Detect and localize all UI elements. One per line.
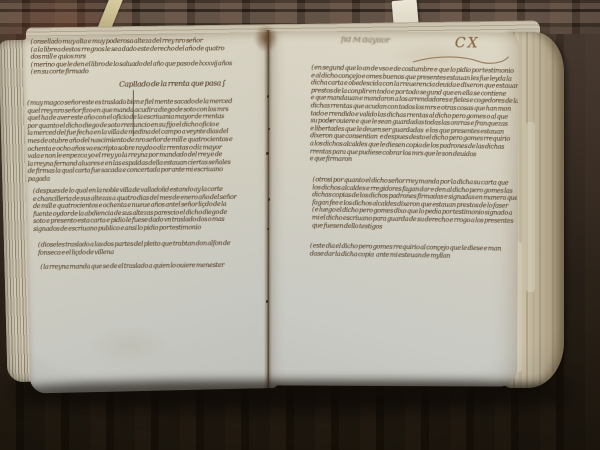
left-entry-1: ( onsellado muy alta e muy poderosa alte… <box>30 37 264 77</box>
left-entry-3: ( la rreyna manda que se de el traslado … <box>40 261 272 271</box>
wormhole-dot <box>267 228 269 230</box>
left-paragraph-2: ( despues de lo qual en la noble villa d… <box>33 185 271 233</box>
left-page: ( onsellado muy alta e muy poderosa alte… <box>22 32 278 394</box>
wormhole-dot <box>266 152 269 155</box>
right-page: fid M dayllor CX ( en segund que lo an d… <box>267 31 519 386</box>
left-paragraph-1: ( muy magco señor este es traslado bien … <box>27 98 269 184</box>
center-gutter <box>264 30 272 388</box>
manuscript-photo-scene: ( onsellado muy alta e muy poderosa alte… <box>0 0 600 450</box>
ink-speck <box>330 120 332 122</box>
gutter-top-stain <box>254 24 278 52</box>
wormhole-dot <box>266 300 268 303</box>
wormhole-dot <box>268 198 270 201</box>
folio-number: CX <box>455 35 480 51</box>
left-heading: Capllado de la rrenta que pasa ∫ <box>119 79 259 88</box>
wormhole-dot <box>268 128 270 130</box>
right-paragraph-1: ( en segund que lo an de vso e de costum… <box>310 64 519 166</box>
right-paragraph-2: ( otrosi por quanto el dicho señor rrey … <box>312 176 518 233</box>
fore-edge-page-step <box>526 122 535 292</box>
right-header-note: fid M dayllor <box>341 37 461 47</box>
right-entry-1: ( este dia el dicho pero gomes rrequirio… <box>310 242 516 260</box>
folio-underline-flourish <box>411 52 511 67</box>
wormhole-dot <box>267 95 269 98</box>
left-entry-2: ( dioseles traslado a las dos partes del… <box>38 240 268 257</box>
under-page-shadow <box>18 381 562 405</box>
page-stain <box>89 324 170 366</box>
